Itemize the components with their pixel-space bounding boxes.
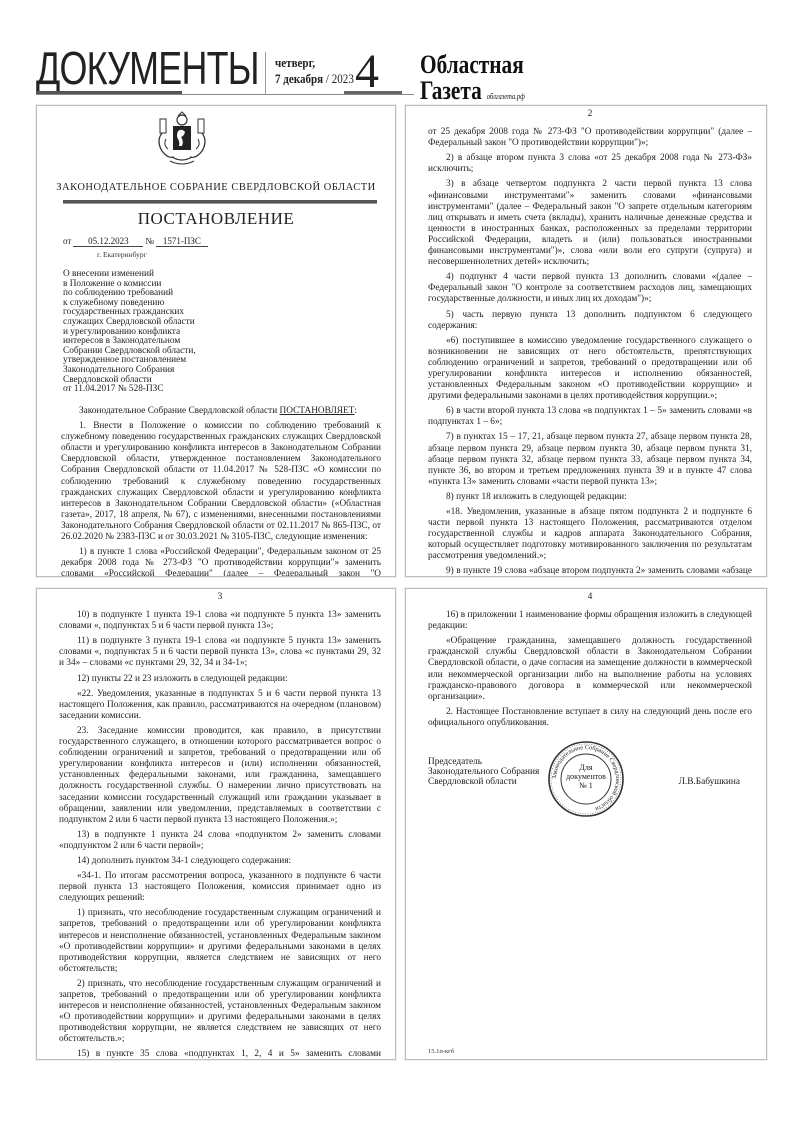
number-label: № [145,236,154,246]
signature-block: Председатель Законодательного Собрания С… [428,739,748,819]
paragraph: 10) в подпункте 1 пункта 19-1 слова «и п… [59,610,381,632]
header-rule [63,200,377,204]
document-page-2: 2 от 25 декабря 2008 года № 273-ФЗ "О пр… [405,105,767,577]
paragraph: 11) в подпункте 3 пункта 19-1 слова «и п… [59,636,381,669]
page-label: 3 [59,592,381,603]
paragraph: 13) в подпункте 1 пункта 24 слова «подпу… [59,830,381,852]
paragraph: 16) в приложении 1 наименование формы об… [428,610,752,632]
document-type: ПОСТАНОВЛЕНИЕ [37,209,395,229]
paragraph: 15) в пункте 35 слова «подпунктах 1, 2, … [59,1049,381,1060]
paragraph: 1) в пункте 1 слова «Российской Федераци… [61,547,381,577]
paragraph: «6) поступившее в комиссию уведомление г… [428,336,752,403]
paragraph: 9) в пункте 19 слова «абзаце втором подп… [428,566,752,577]
paragraph: 2. Настоящее Постановление вступает в си… [428,707,752,729]
paragraph: «18. Уведомления, указанные в абзаце пят… [428,507,752,562]
document-subject: О внесении изменений в Положение о комис… [63,270,263,395]
section-title: ДОКУМЕНТЫ [36,44,259,92]
masthead-divider [265,52,266,94]
document-number-line: от05.12.2023№1571-ПЗС [63,236,208,247]
document-date: 05.12.2023 [73,236,143,247]
newspaper-logo: Областная Газетаоблгазета.рф [420,52,525,104]
paragraph: 2) признать, что несоблюдение государств… [59,979,381,1046]
paragraph: 4) подпункт 4 части первой пункта 13 доп… [428,272,752,305]
coat-of-arms-icon [152,111,212,171]
document-page-3: 3 10) в подпункте 1 пункта 19-1 слова «и… [36,588,396,1060]
paragraph: от 25 декабря 2008 года № 273-ФЗ "О прот… [428,127,752,149]
signatory-name: Л.В.Бабушкина [679,777,740,787]
paragraph: 3) в абзаце четвертом подпункта 2 части … [428,179,752,268]
paragraph: 23. Заседание комиссии проводится, как п… [59,726,381,826]
page-label: 2 [428,109,752,120]
paragraph: 7) в пунктах 15 – 17, 21, абзаце первом … [428,432,752,487]
issuing-organization: ЗАКОНОДАТЕЛЬНОЕ СОБРАНИЕ СВЕРДЛОВСКОЙ ОБ… [37,182,395,193]
document-footer-code: 15.1п-кгб [428,1048,454,1055]
paragraph: 12) пункты 22 и 23 изложить в следующей … [59,674,381,685]
paragraph: 5) часть первую пункта 13 дополнить подп… [428,310,752,332]
document-city: г. Екатеринбург [97,250,147,259]
newspaper-masthead: ДОКУМЕНТЫ четверг, 7 декабря / 2023 4 Об… [0,0,800,100]
issue-weekday: четверг, [275,55,354,71]
logo-site: облгазета.рф [487,92,525,101]
paragraph: «22. Уведомления, указанные в подпунктах… [59,689,381,722]
issue-year: / 2023 [323,71,354,86]
logo-line-2: Газета [420,78,482,104]
signatory-title: Председатель Законодательного Собрания С… [428,757,539,787]
paragraph: 2) в абзаце втором пункта 3 слова «от 25… [428,153,752,175]
document-number: 1571-ПЗС [156,236,208,247]
newspaper-page-number: 4 [355,48,379,96]
issue-day-month: 7 декабря [275,71,323,86]
paragraph: 8) пункт 18 изложить в следующей редакци… [428,492,752,503]
page-number-underline [344,91,402,94]
paragraph: 6) в части второй пункта 13 слова «в под… [428,406,752,428]
from-label: от [63,236,71,246]
paragraph: 14) дополнить пунктом 34-1 следующего со… [59,856,381,867]
issue-date: четверг, 7 декабря / 2023 [275,55,354,87]
stamp-center-text: Для документов № 1 [546,763,626,790]
page-number-rule [402,94,414,95]
paragraph: «34-1. По итогам рассмотрения вопроса, у… [59,871,381,904]
preamble-verb: ПОСТАНОВЛЯЕТ [280,406,355,416]
paragraph: «Обращение гражданина, замещавшего должн… [428,636,752,703]
paragraph: 1) признать, что несоблюдение государств… [59,908,381,975]
document-page-1: ЗАКОНОДАТЕЛЬНОЕ СОБРАНИЕ СВЕРДЛОВСКОЙ ОБ… [36,105,396,577]
document-body: Законодательное Собрание Свердловской об… [37,406,395,577]
document-page-4: 4 16) в приложении 1 наименование формы … [405,588,767,1060]
page-label: 4 [428,592,752,603]
logo-line-1: Областная [420,52,525,78]
paragraph: 1. Внести в Положение о комиссии по собл… [61,421,381,543]
preamble: Законодательное Собрание Свердловской об… [61,406,381,417]
